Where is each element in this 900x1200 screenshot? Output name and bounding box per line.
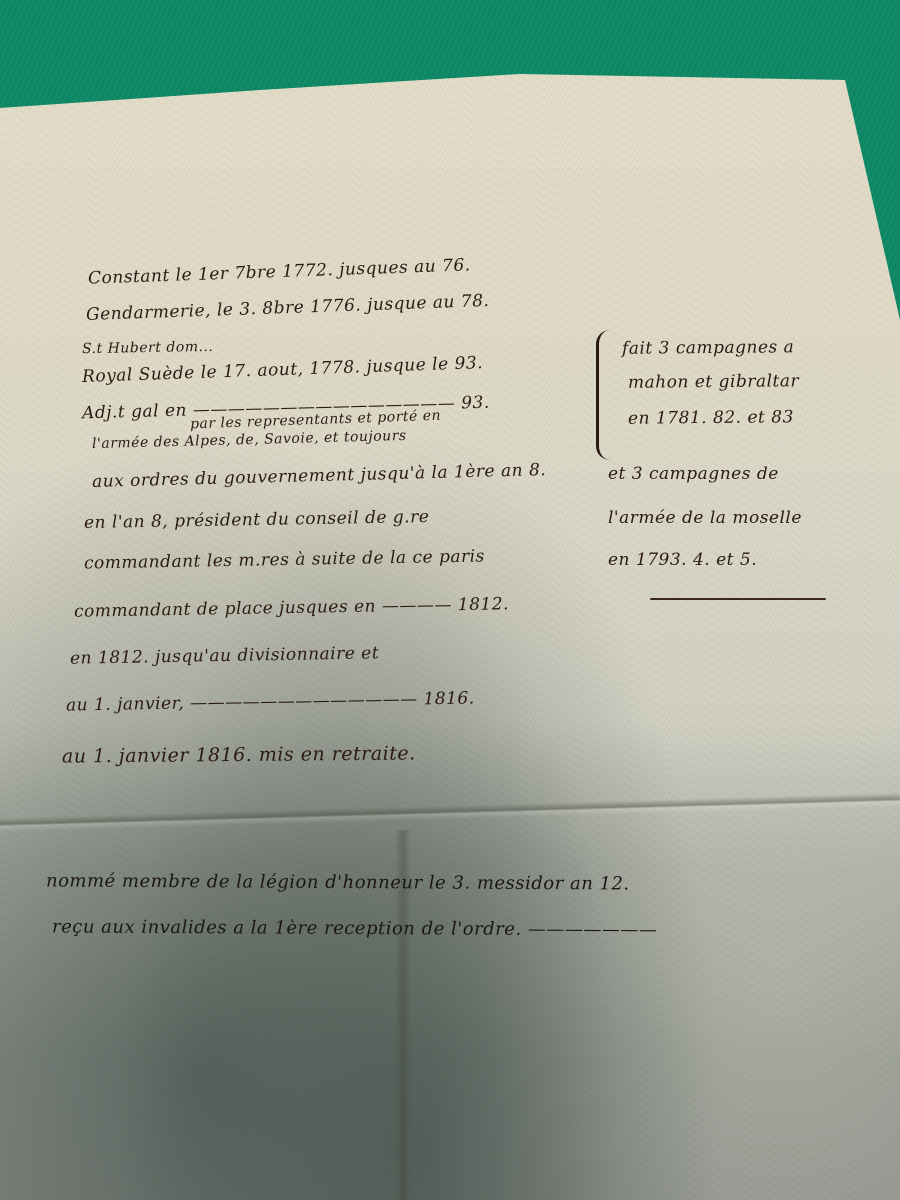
side-note-line-4: et 3 campagnes de	[608, 464, 779, 484]
entry-line-2: Gendarmerie, le 3. 8bre 1776. jusque au …	[86, 291, 490, 325]
entry-line-10: commandant les m.res à suite de la ce pa…	[84, 547, 485, 574]
entry-line-12: en 1812. jusqu'au divisionnaire et	[70, 643, 379, 668]
aged-paper-sheet: Constant le 1er 7bre 1772. jusques au 76…	[0, 0, 900, 1200]
bottom-entry-line-2: reçu aux invalides a la 1ère reception d…	[52, 916, 658, 940]
entry-line-3: S.t Hubert dom...	[82, 339, 214, 357]
side-note-line-2: mahon et gibraltar	[628, 371, 799, 392]
entry-line-8: aux ordres du gouvernement jusqu'à la 1è…	[92, 460, 547, 492]
side-note-underline	[650, 598, 826, 600]
entry-line-9: en l'an 8, président du conseil de g.re	[84, 507, 430, 533]
side-note-line-6: en 1793. 4. et 5.	[608, 550, 757, 570]
side-note-brace	[596, 330, 615, 460]
entry-line-13: au 1. janvier, ————————————— 1816.	[66, 688, 475, 715]
entry-line-4: Royal Suède le 17. aout, 1778. jusque le…	[82, 353, 484, 387]
side-note-line-5: l'armée de la moselle	[608, 508, 802, 528]
side-note-line-1: fait 3 campagnes a	[622, 337, 794, 359]
entry-line-14: au 1. janvier 1816. mis en retraite.	[62, 742, 416, 767]
green-felt-background: Constant le 1er 7bre 1772. jusques au 76…	[0, 0, 900, 1200]
bottom-entry-line-1: nommé membre de la légion d'honneur le 3…	[46, 870, 630, 894]
horizontal-fold-crease	[0, 793, 900, 832]
entry-line-7: l'armée des Alpes, de, Savoie, et toujou…	[92, 428, 407, 452]
entry-line-1: Constant le 1er 7bre 1772. jusques au 76…	[88, 255, 471, 288]
side-note-line-3: en 1781. 82. et 83	[628, 407, 794, 428]
entry-line-11: commandant de place jusques en ———— 1812…	[74, 594, 509, 622]
